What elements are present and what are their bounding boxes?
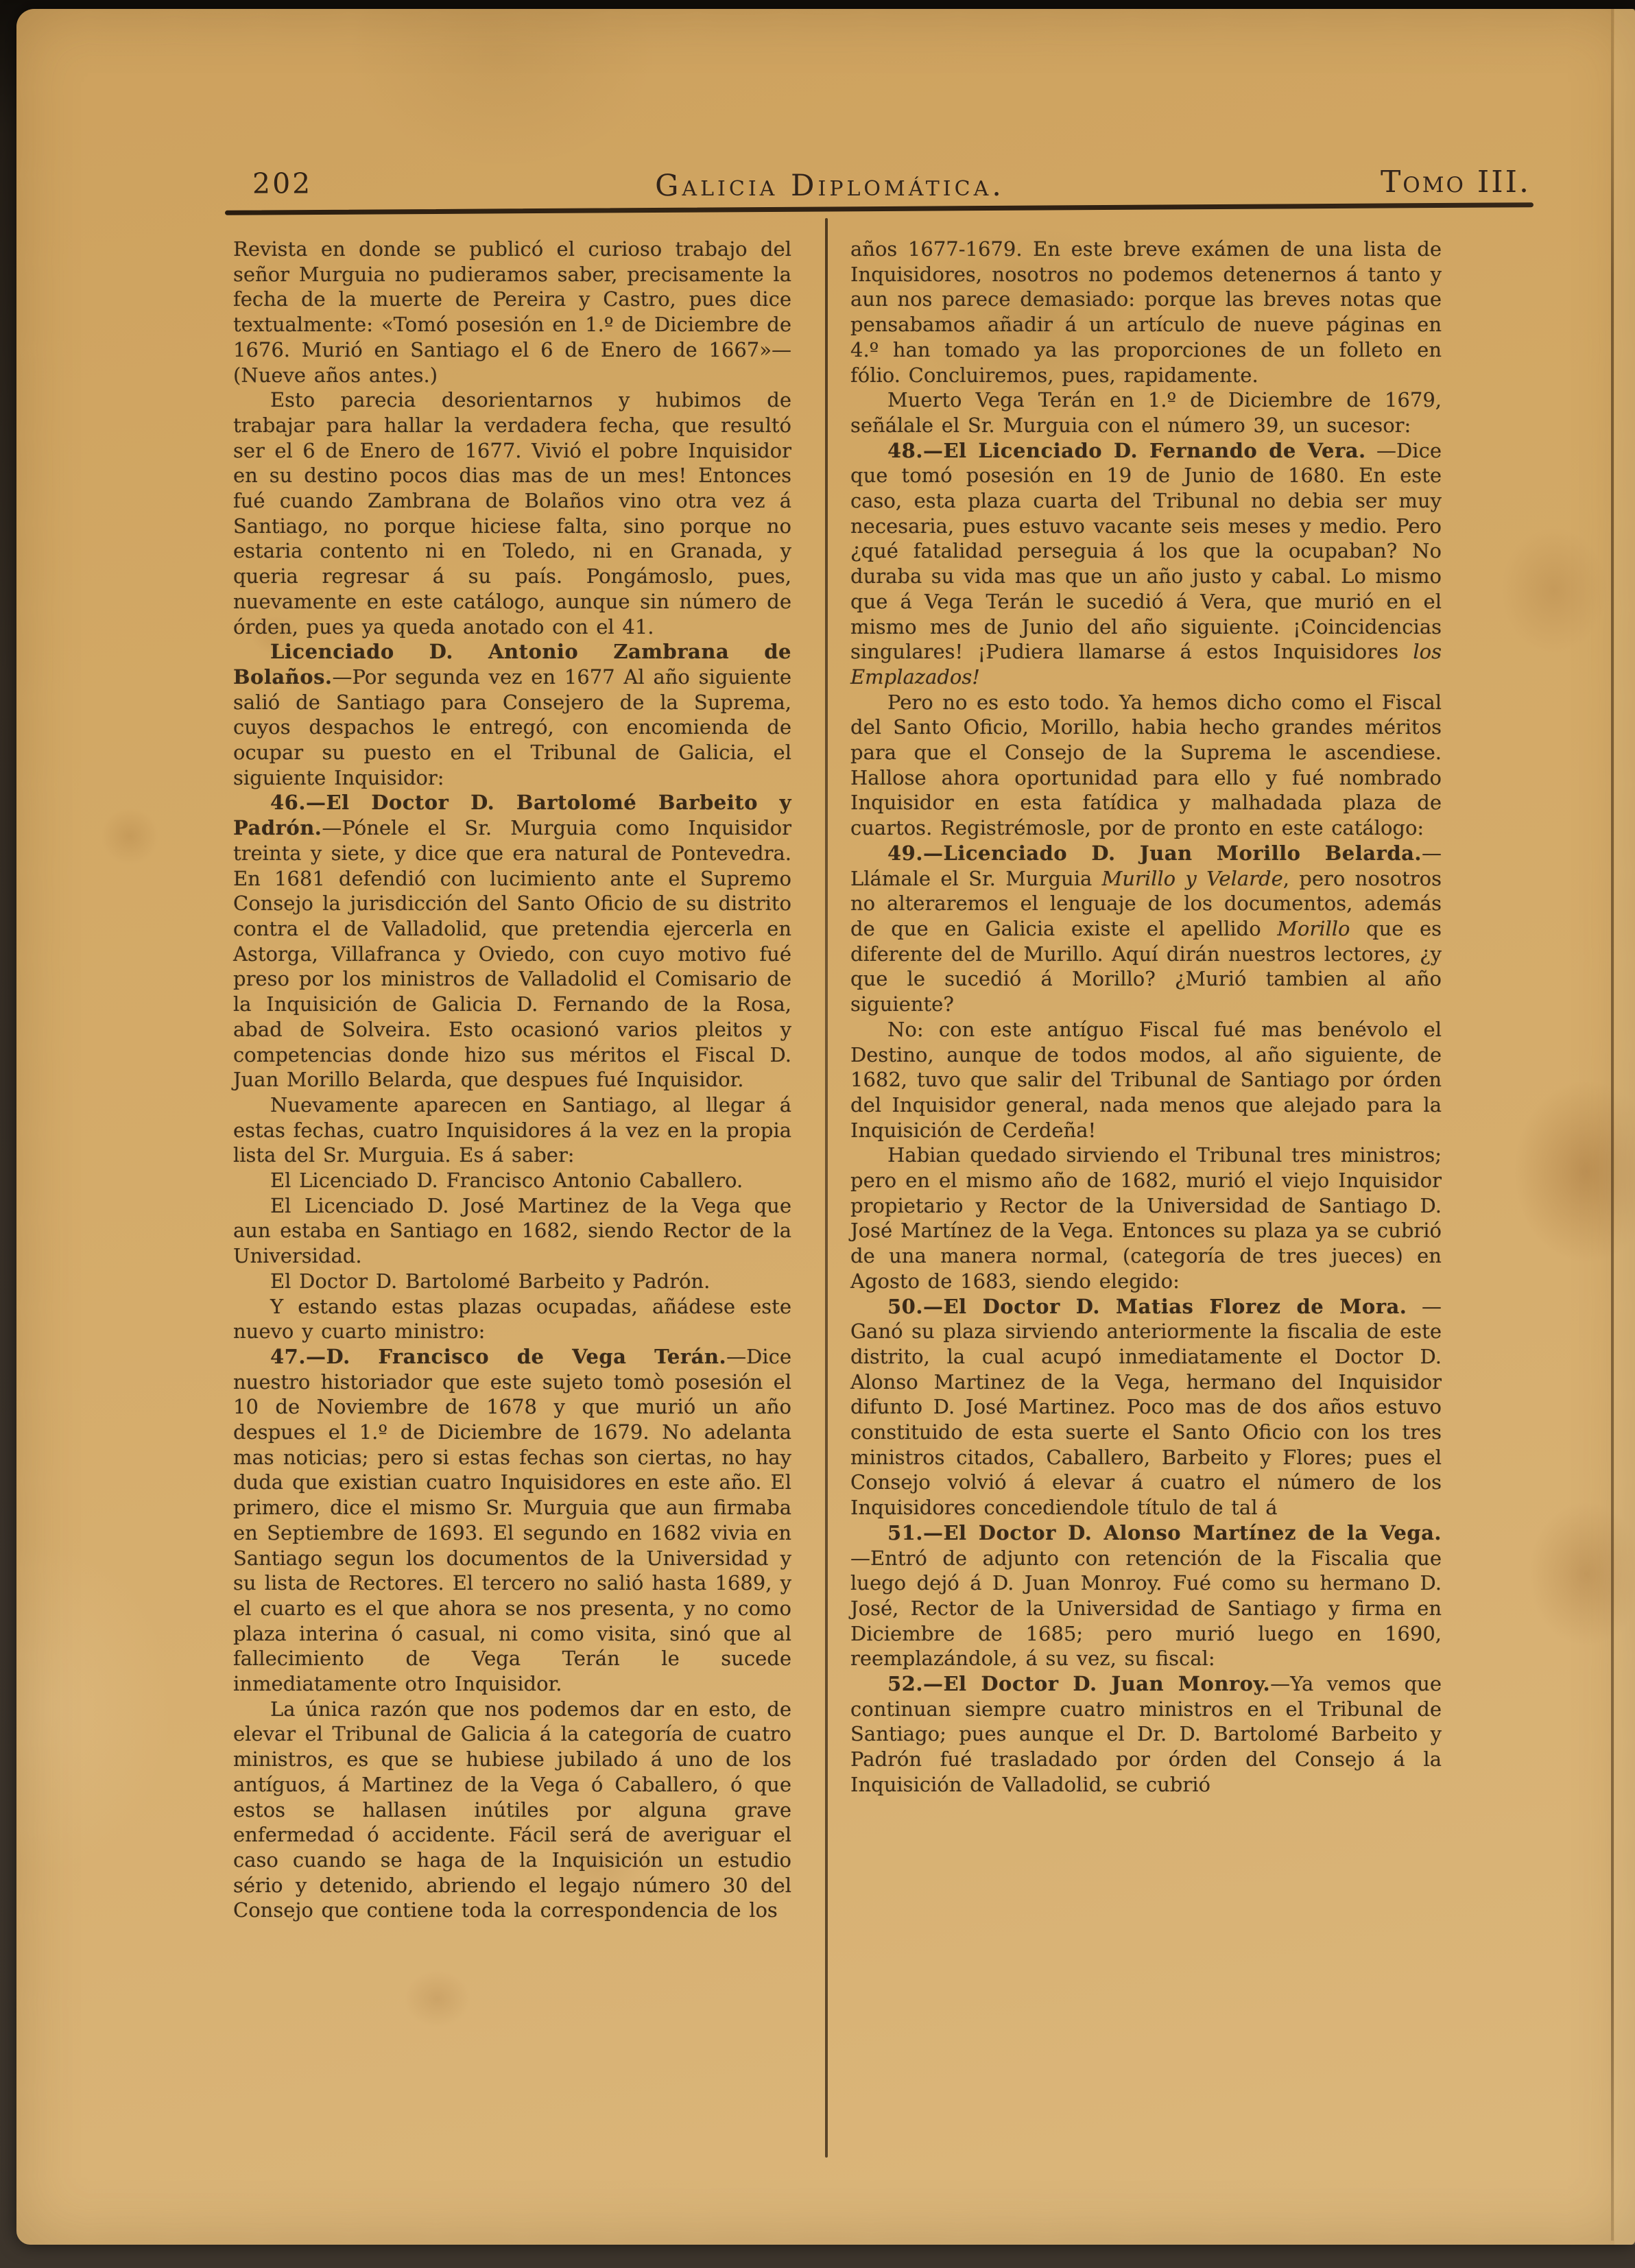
body-text: Muerto Vega Terán en 1.º de Diciembre de…: [850, 388, 1442, 437]
paragraph: 46.—El Doctor D. Bartolomé Barbeito y Pa…: [233, 790, 791, 1092]
paragraph: 49.—Licenciado D. Juan Morillo Belarda.—…: [850, 841, 1442, 1017]
column-divider-rule: [825, 218, 828, 2158]
paragraph: 52.—El Doctor D. Juan Monroy.—Ya vemos q…: [850, 1671, 1442, 1798]
left-column: Revista en donde se publicó el curioso t…: [233, 237, 791, 1923]
paragraph: Y estando estas plazas ocupadas, añádese…: [233, 1294, 791, 1344]
body-text: —Dice que tomó posesión en 19 de Junio d…: [850, 439, 1442, 664]
paragraph: 51.—El Doctor D. Alonso Martínez de la V…: [850, 1520, 1442, 1671]
publication-title: Galicia Diplomática.: [655, 169, 1005, 203]
paragraph: Muerto Vega Terán en 1.º de Diciembre de…: [850, 387, 1442, 438]
paragraph: La única razón que nos podemos dar en es…: [233, 1697, 791, 1923]
paragraph: El Licenciado D. José Martinez de la Veg…: [233, 1193, 791, 1269]
body-text: No: con este antíguo Fiscal fué mas bené…: [850, 1018, 1442, 1142]
page-number: 202: [252, 167, 312, 200]
body-text: El Doctor D. Bartolomé Barbeito y Padrón…: [270, 1269, 710, 1293]
body-text: —Entró de adjunto con retención de la Fi…: [850, 1547, 1442, 1671]
entry-heading-text: 51.—El Doctor D. Alonso Martínez de la V…: [887, 1521, 1442, 1544]
paragraph: Esto parecia desorientarnos y hubimos de…: [233, 387, 791, 639]
body-text: Revista en donde se publicó el curioso t…: [233, 237, 791, 387]
body-text: Esto parecia desorientarnos y hubimos de…: [233, 388, 791, 638]
paragraph: 48.—El Licenciado D. Fernando de Vera. —…: [850, 438, 1442, 690]
body-text: Habian quedado sirviendo el Tribunal tre…: [850, 1143, 1442, 1293]
paragraph: Licenciado D. Antonio Zambrana de Bolaño…: [233, 639, 791, 790]
paragraph: El Doctor D. Bartolomé Barbeito y Padrón…: [233, 1269, 791, 1294]
paragraph: Nuevamente aparecen en Santiago, al lleg…: [233, 1093, 791, 1168]
paragraph: 50.—El Doctor D. Matias Florez de Mora. …: [850, 1294, 1442, 1520]
entry-heading-text: 48.—El Licenciado D. Fernando de Vera.: [887, 439, 1366, 462]
body-text: Nuevamente aparecen en Santiago, al lleg…: [233, 1093, 791, 1167]
body-text: El Licenciado D. Francisco Antonio Cabal…: [270, 1169, 743, 1192]
paragraph: 47.—D. Francisco de Vega Terán.—Dice nue…: [233, 1344, 791, 1697]
italic-text: Morillo: [1277, 917, 1350, 940]
entry-heading-text: 49.—Licenciado D. Juan Morillo Belarda.: [887, 841, 1422, 865]
body-text: La única razón que nos podemos dar en es…: [233, 1697, 791, 1922]
body-text: Y estando estas plazas ocupadas, añádese…: [233, 1295, 791, 1344]
paragraph: años 1677-1679. En este breve exámen de …: [850, 237, 1442, 387]
body-text: El Licenciado D. José Martinez de la Veg…: [233, 1194, 791, 1267]
paragraph: Revista en donde se publicó el curioso t…: [233, 237, 791, 387]
body-text: años 1677-1679. En este breve exámen de …: [850, 237, 1442, 387]
entry-heading-text: 50.—El Doctor D. Matias Florez de Mora.: [887, 1295, 1407, 1318]
right-column: años 1677-1679. En este breve exámen de …: [850, 237, 1442, 1798]
scanned-page: 202 Galicia Diplomática. Tomo III. Revis…: [0, 0, 1635, 2268]
volume-label: Tomo III.: [1381, 165, 1531, 200]
body-text: —Pónele el Sr. Murguia como Inquisidor t…: [233, 816, 791, 1091]
italic-text: Murillo y Velarde: [1102, 867, 1283, 890]
paragraph: No: con este antíguo Fiscal fué mas bené…: [850, 1017, 1442, 1143]
page-fold-crease: [1611, 9, 1614, 2241]
entry-heading-text: 47.—D. Francisco de Vega Terán.: [270, 1345, 726, 1368]
body-text: —Dice nuestro historiador que este sujet…: [233, 1345, 791, 1695]
paragraph: Pero no es esto todo. Ya hemos dicho com…: [850, 690, 1442, 841]
body-text: Pero no es esto todo. Ya hemos dicho com…: [850, 691, 1442, 840]
entry-heading-text: 52.—El Doctor D. Juan Monroy.: [887, 1672, 1270, 1695]
paragraph: El Licenciado D. Francisco Antonio Cabal…: [233, 1168, 791, 1193]
body-text: —Ganó su plaza sirviendo anteriormente l…: [850, 1295, 1442, 1520]
paragraph: Habian quedado sirviendo el Tribunal tre…: [850, 1143, 1442, 1293]
